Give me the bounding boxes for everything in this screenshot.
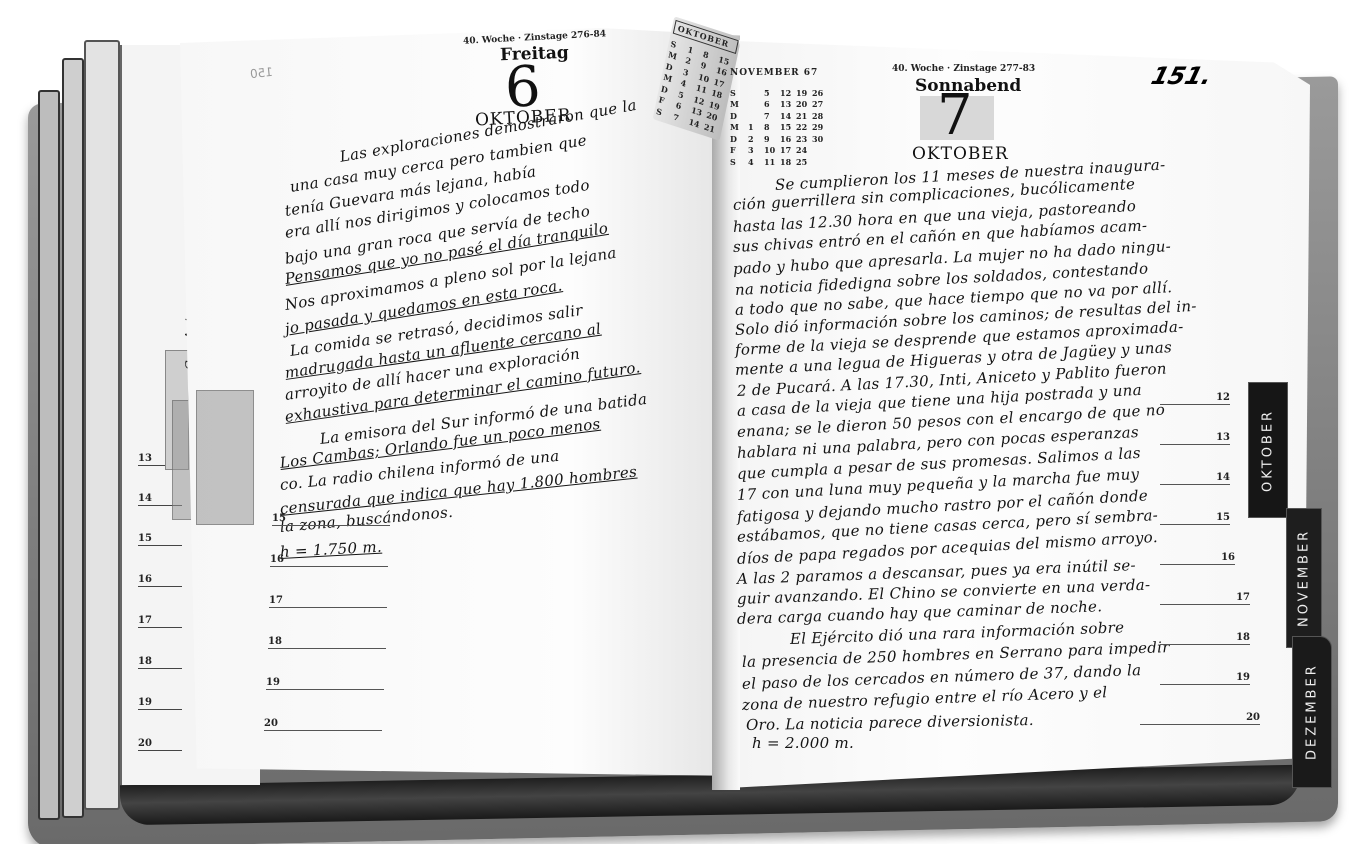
month-label: OKTOBER <box>912 144 1009 164</box>
handwriting-line: h = 2.000 m. <box>752 736 854 751</box>
hour-line: 19 <box>1160 672 1250 685</box>
hour-label: 15 <box>138 533 182 546</box>
hour-line: 14 <box>1160 472 1230 485</box>
hour-label: 16 <box>138 574 182 587</box>
page-stack-edge <box>38 90 60 820</box>
hour-line: 19 <box>266 677 384 690</box>
hour-line: 18 <box>268 636 386 649</box>
month-tab-november[interactable]: NOVEMBER <box>1286 508 1322 648</box>
hour-line: 18 <box>1160 632 1250 645</box>
tape-strip <box>196 390 254 525</box>
bleed-through-page-number: 150 <box>249 65 273 81</box>
week-info: 40. Woche · Zinstage 277-83 <box>892 64 1035 74</box>
mini-calendar-title: NOVEMBER 67 <box>730 68 828 78</box>
page-number: 151. <box>1148 62 1215 90</box>
hour-line: 17 <box>269 595 387 608</box>
hour-line: 20 <box>1140 712 1260 725</box>
month-tab-december[interactable]: DEZEMBER <box>1292 636 1332 788</box>
hour-line: 16 <box>1160 552 1235 565</box>
hour-line: 13 <box>1160 432 1230 445</box>
hour-line: 17 <box>1160 592 1250 605</box>
day-number: 7 <box>937 88 973 144</box>
hour-line: 15 <box>272 513 390 526</box>
hour-line: 16 <box>270 554 388 567</box>
month-tab-october[interactable]: OKTOBER <box>1248 382 1288 518</box>
page-stack-edge <box>84 40 120 810</box>
hour-label: 17 <box>138 615 182 628</box>
page-stack-edge <box>62 58 84 818</box>
hour-line: 12 <box>1160 392 1230 405</box>
hour-line: 15 <box>1160 512 1230 525</box>
hour-label: 20 <box>138 738 182 751</box>
hour-label: 18 <box>138 656 182 669</box>
hour-line: 20 <box>264 718 382 731</box>
diary-photo: 13 14 15 16 17 18 19 20 Con Aut... 150 4… <box>0 0 1354 844</box>
mini-calendar-november: NOVEMBER 67 S5121926 M6132027 D7142128 M… <box>730 68 828 168</box>
hour-label: 19 <box>138 697 182 710</box>
